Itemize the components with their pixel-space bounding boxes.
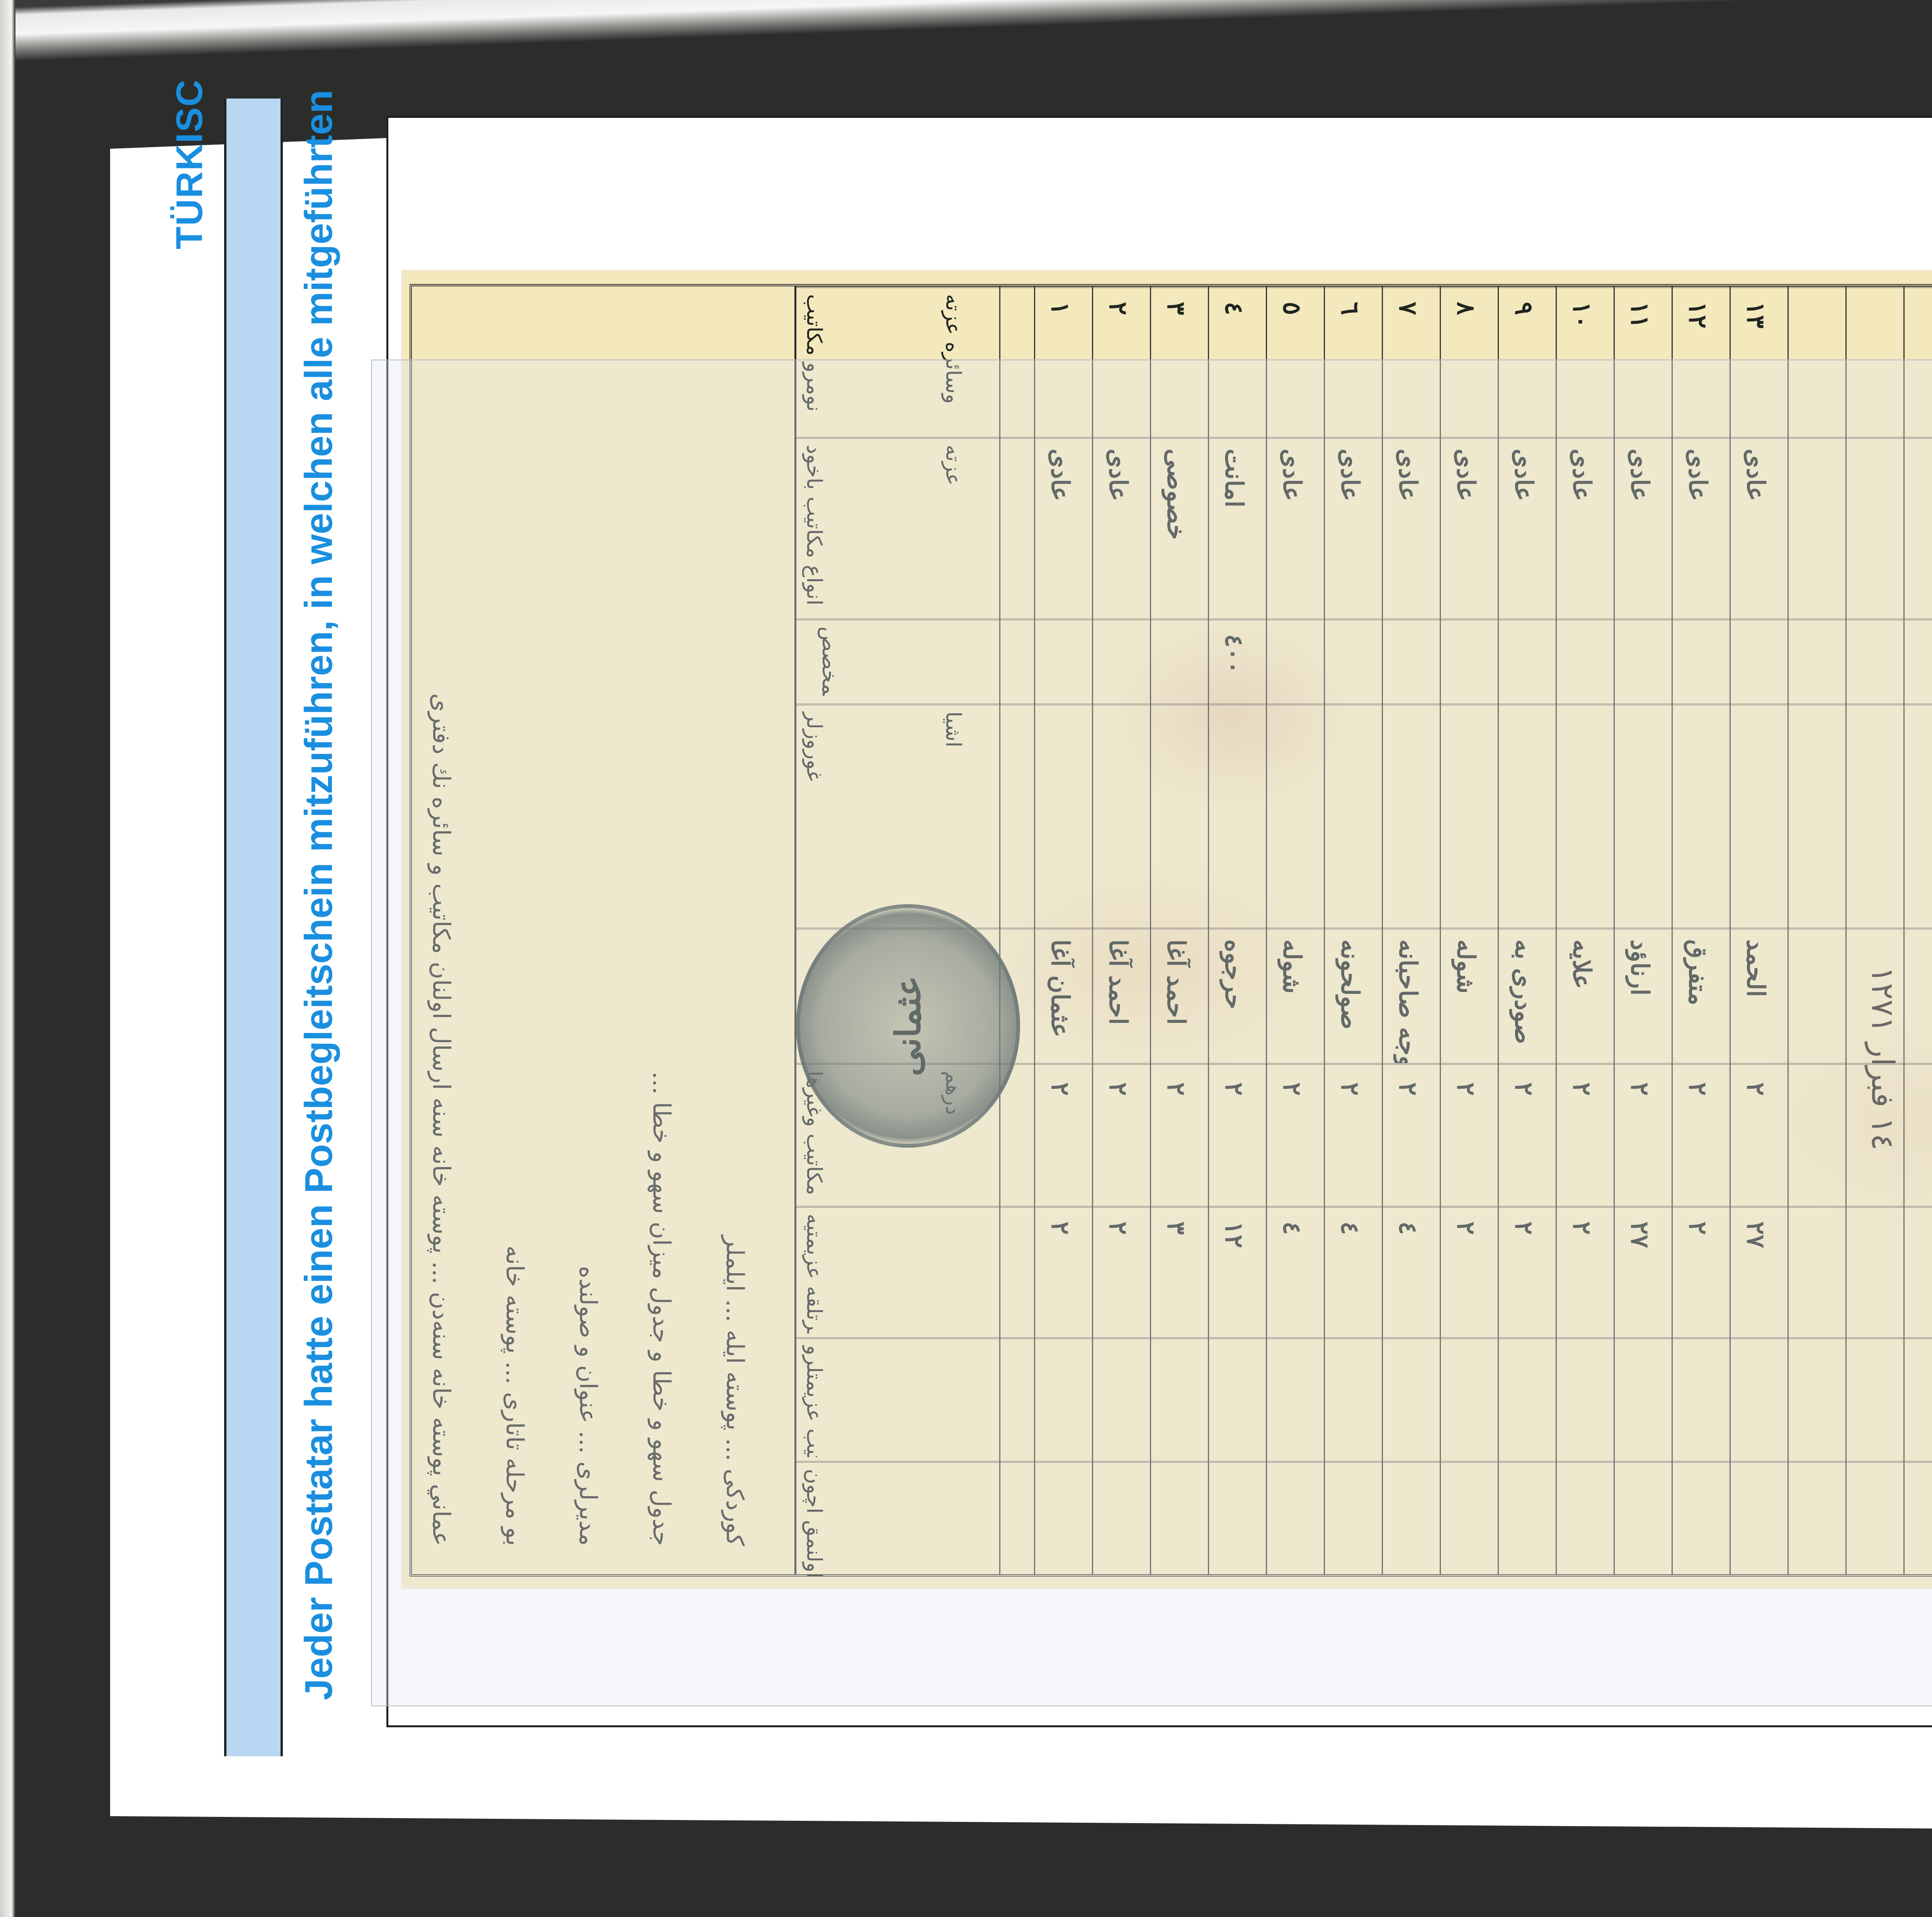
header-line: مديرلرى ... عنوان و صولنده <box>574 310 602 1546</box>
column-header: نومرو مكاتيب <box>802 294 827 433</box>
row-weight: ٢ <box>1393 1082 1422 1198</box>
postal-seal-left: عثمانى <box>796 904 1020 1148</box>
row-number: ٦ <box>1335 302 1364 418</box>
postal-waybill: عماني پوسته خانه سنه‌دن ... پوسته خانه س… <box>402 270 1932 1588</box>
column-rule <box>1672 286 1673 1574</box>
column-header: ترتيب عزيمتلرو <box>802 1345 827 1457</box>
column-rule <box>1092 286 1093 1574</box>
row-number: ٩ <box>1509 302 1538 418</box>
row-destination: حرجوه <box>1219 939 1248 1063</box>
row-fee: ٤ <box>1335 1221 1364 1330</box>
column-header: اجرتلقه عزيمتيه <box>802 1214 827 1334</box>
row-fee: ٢ <box>1046 1221 1075 1330</box>
rule <box>794 704 1932 705</box>
row-kind: عادى <box>1046 449 1075 611</box>
row-weight: ٢ <box>1741 1082 1770 1198</box>
row-kind: عادى <box>1625 449 1654 611</box>
row-number: ١٠ <box>1567 302 1596 418</box>
column-subheader: اشيا <box>941 711 966 920</box>
rule <box>794 286 1932 288</box>
row-weight: ٢ <box>1219 1082 1248 1198</box>
row-weight: ٢ <box>1046 1082 1075 1198</box>
header-line: كوردكى ... پوسته ايله ... ايلملر <box>721 310 749 1546</box>
row-weight: ٢ <box>1104 1082 1133 1198</box>
rule <box>794 1461 1932 1463</box>
row-kind: امانت <box>1219 449 1248 611</box>
row-destination: صولحونه <box>1335 939 1364 1063</box>
row-kind: عادى <box>1741 449 1770 611</box>
column-rule <box>1440 286 1441 1574</box>
row-kind: عادى <box>1567 449 1596 611</box>
row-number: ١ <box>1046 302 1075 418</box>
row-destination: علايه <box>1567 939 1596 1063</box>
column-subheader: وسائره عزته <box>941 294 966 433</box>
handwritten-date: ١٤ فبرار ١٢٧١ <box>1865 966 1901 1245</box>
row-destination: احمد آغا <box>1104 939 1133 1063</box>
row-fee: ٤ <box>1393 1221 1422 1330</box>
seal-inscription: عثمانى <box>790 918 1026 1134</box>
album-title: TÜRKISC <box>168 79 211 249</box>
document-header: عماني پوسته خانه سنه‌دن ... پوسته خانه س… <box>412 286 796 1574</box>
column-rule <box>1208 286 1209 1574</box>
column-header: انواع مكاتيب باخود <box>802 445 827 615</box>
row-number: ٥ <box>1277 302 1306 418</box>
row-number: ١٢ <box>1683 302 1712 418</box>
column-header: عزيمتله ارسال اولنمق اچون <box>802 1469 827 1577</box>
column-header: اوجرتى المخصص <box>818 626 842 696</box>
row-kind: خصوصى <box>1162 449 1190 611</box>
column-rule <box>1150 286 1151 1574</box>
row-weight: ٢ <box>1277 1082 1306 1198</box>
row-weight: ٢ <box>1625 1082 1654 1198</box>
row-number: ٤ <box>1219 302 1248 418</box>
row-goods-fee: ٤٠٠ <box>1219 634 1248 696</box>
row-destination: ارناؤد <box>1625 939 1654 1063</box>
row-destination: شوله <box>1277 939 1306 1063</box>
row-number: ٨ <box>1451 302 1480 418</box>
column-rule <box>1324 286 1325 1574</box>
row-kind: عادى <box>1393 449 1422 611</box>
row-number: ٣ <box>1162 302 1190 418</box>
column-rule <box>1266 286 1267 1574</box>
rule <box>794 437 1932 439</box>
row-destination: الحمد <box>1741 939 1770 1063</box>
row-destination: متفرق <box>1683 939 1712 1063</box>
row-fee: ٢ <box>1509 1221 1538 1330</box>
row-destination: شوله <box>1451 939 1480 1063</box>
column-rule <box>1556 286 1557 1574</box>
column-rule <box>1730 286 1731 1574</box>
album-caption: Jeder Posttatar hatte einen Postbegleits… <box>298 77 340 1700</box>
column-subheader: عزته <box>941 445 966 615</box>
header-line: جدول سهو و خطا و جدول ميزان سهو و خطا ..… <box>648 310 676 1546</box>
rule <box>794 619 1932 620</box>
row-kind: عادى <box>1277 449 1306 611</box>
column-rule <box>1382 286 1383 1574</box>
row-weight: ٢ <box>1451 1082 1480 1198</box>
row-number: ٧ <box>1393 302 1422 418</box>
row-kind: عادى <box>1509 449 1538 611</box>
row-weight: ٢ <box>1335 1082 1364 1198</box>
row-weight: ٢ <box>1567 1082 1596 1198</box>
row-fee: ٤ <box>1277 1221 1306 1330</box>
rule <box>794 1206 1932 1208</box>
rule <box>794 1337 1932 1339</box>
row-fee: ٢ <box>1104 1221 1133 1330</box>
row-fee: ٢٧ <box>1625 1221 1654 1330</box>
row-number: ١٣ <box>1741 302 1770 418</box>
row-fee: ٢٧ <box>1741 1221 1770 1330</box>
row-weight: ٢ <box>1683 1082 1712 1198</box>
header-line: عماني پوسته خانه سنه‌دن ... پوسته خانه س… <box>427 310 456 1546</box>
row-fee: ٣ <box>1162 1221 1190 1330</box>
row-fee: ٢ <box>1567 1221 1596 1330</box>
row-weight: ٢ <box>1509 1082 1538 1198</box>
row-destination: صودری به <box>1509 939 1538 1063</box>
column-rule <box>1034 286 1035 1574</box>
header-line: بو مرحله تاتارى ... پوسته خانه <box>501 310 529 1546</box>
row-kind: عادى <box>1451 449 1480 611</box>
column-rule <box>1845 286 1847 1574</box>
row-kind: عادى <box>1335 449 1364 611</box>
row-fee: ٢ <box>1451 1221 1480 1330</box>
row-fee: ١٢ <box>1219 1221 1248 1330</box>
row-weight: ٢ <box>1162 1082 1190 1198</box>
row-number: ٢ <box>1104 302 1133 418</box>
row-fee: ٢ <box>1683 1221 1712 1330</box>
row-number: ١١ <box>1625 302 1654 418</box>
row-kind: عادى <box>1104 449 1133 611</box>
column-rule <box>1498 286 1499 1574</box>
column-rule <box>1787 286 1789 1574</box>
row-destination: احمد آغا <box>1162 939 1190 1063</box>
row-destination: قوجه صاحبانه <box>1393 939 1422 1063</box>
scanner-edge <box>0 0 1932 66</box>
row-kind: عادى <box>1683 449 1712 611</box>
column-header: غوروزلر <box>802 711 827 920</box>
row-destination: عثمان آغا <box>1046 939 1075 1063</box>
title-strip: TÜRKISC <box>224 99 283 1756</box>
column-rule <box>1903 286 1905 1574</box>
column-rule <box>1614 286 1615 1574</box>
scanner-left-edge <box>0 0 15 1917</box>
